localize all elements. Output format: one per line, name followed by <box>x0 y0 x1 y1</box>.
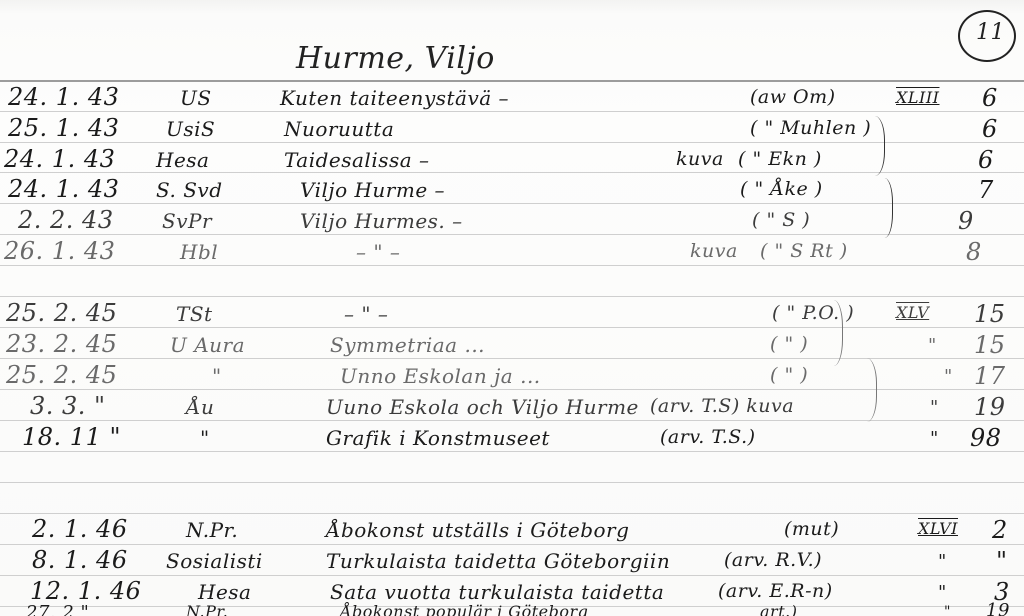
entry-volume: XLVI <box>918 521 958 537</box>
ruled-line <box>0 203 1024 204</box>
bracket-mark <box>872 178 893 238</box>
entry-title: Sata vuotta turkulaista taidetta <box>330 582 664 602</box>
entry-volume: " <box>944 605 951 616</box>
entry-volume: XLIII <box>896 90 939 106</box>
entry-note: art.) <box>760 604 797 616</box>
entry-source: Sosialisti <box>166 551 263 571</box>
ruled-line <box>0 234 1024 235</box>
entry-source: Åu <box>186 397 214 417</box>
entry-volume: XLV <box>896 305 929 321</box>
entry-page: 6 <box>982 86 998 110</box>
entry-title: Grafik i Konstmuseet <box>326 428 550 448</box>
entry-source: SvPr <box>162 211 212 231</box>
entry-date: 25. 2. 45 <box>6 363 117 387</box>
entry-note: (mut) <box>784 520 839 539</box>
entry-volume: " <box>944 368 953 386</box>
entry-source: U Aura <box>170 335 245 355</box>
entry-page: 19 <box>974 395 1006 419</box>
entry-date: 26. 1. 43 <box>4 239 115 263</box>
entry-note: (arv. E.R-n) <box>718 582 833 601</box>
entry-page: " <box>996 549 1008 573</box>
entry-page: 19 <box>986 602 1010 616</box>
ruled-line <box>0 482 1024 483</box>
ruled-line <box>0 327 1024 328</box>
entry-note: (arv. T.S.) <box>660 428 756 447</box>
ruled-line <box>0 513 1024 514</box>
entry-date: 3. 3. " <box>30 394 106 418</box>
entry-page: 17 <box>974 364 1006 388</box>
entry-page: 15 <box>974 302 1006 326</box>
entry-credit: kuva <box>690 242 738 261</box>
entry-date: 24. 1. 43 <box>8 85 119 109</box>
entry-source: Hbl <box>180 242 218 262</box>
entry-source: N.Pr. <box>186 520 238 540</box>
entry-note: (aw Om) <box>750 88 836 107</box>
entry-note: ( " Muhlen ) <box>750 119 871 138</box>
entry-date: 24. 1. 43 <box>8 177 119 201</box>
entry-volume: " <box>938 584 947 602</box>
entry-title: Turkulaista taidetta Göteborgiin <box>326 551 670 571</box>
ruled-line <box>0 451 1024 452</box>
entry-source: S. Svd <box>156 180 223 200</box>
entry-note: (arv. T.S) kuva <box>650 397 794 416</box>
entry-page: 9 <box>958 209 974 233</box>
entry-source: US <box>180 88 212 108</box>
entry-note: ( " Åke ) <box>740 180 823 199</box>
entry-source: " <box>212 366 222 386</box>
entry-date: 2. 1. 46 <box>32 517 128 541</box>
ruled-line <box>0 544 1024 545</box>
entry-source: TSt <box>176 304 213 324</box>
entry-date: 27. 2 " <box>26 604 89 616</box>
entry-title: Viljo Hurmes. – <box>300 211 463 231</box>
entry-title: Kuten taiteenystävä – <box>280 88 509 108</box>
bracket-mark <box>860 116 885 176</box>
entry-title: Symmetriaa ... <box>330 335 485 355</box>
entry-note: (arv. R.V.) <box>724 551 822 570</box>
bracket-mark <box>852 358 877 422</box>
ruled-line <box>0 265 1024 266</box>
entry-date: 18. 11 " <box>22 425 121 449</box>
entry-source: " <box>200 428 210 448</box>
entry-volume: " <box>930 430 939 448</box>
entry-date: 25. 2. 45 <box>6 301 117 325</box>
entry-title: Åbokonst utställs i Göteborg <box>326 520 629 540</box>
page-number: 11 <box>976 22 1005 44</box>
entry-source: N.Pr. <box>186 604 228 616</box>
entry-source: Hesa <box>156 150 209 170</box>
entry-date: 8. 1. 46 <box>32 548 128 572</box>
entry-title: Viljo Hurme – <box>300 180 445 200</box>
entry-source: UsiS <box>166 119 215 139</box>
entry-date: 24. 1. 43 <box>4 147 115 171</box>
entry-date: 23. 2. 45 <box>6 332 117 356</box>
ruled-line <box>0 111 1024 112</box>
entry-date: 12. 1. 46 <box>30 579 141 603</box>
entry-page: 15 <box>974 333 1006 357</box>
entry-title: – " – <box>356 242 400 262</box>
entry-volume: " <box>938 553 947 571</box>
index-card: Hurme, Viljo 11 24. 1. 43 US Kuten taite… <box>0 0 1024 616</box>
entry-title: Unno Eskolan ja ... <box>340 366 541 386</box>
entry-page: 2 <box>992 518 1008 542</box>
entry-page: 6 <box>978 148 994 172</box>
entry-title: Nuoruutta <box>284 119 394 139</box>
entry-page: 7 <box>978 178 994 202</box>
entry-note: ( " ) <box>770 335 808 354</box>
entry-date: 25. 1. 43 <box>8 116 119 140</box>
entry-volume: " <box>930 399 939 417</box>
ruled-line <box>0 296 1024 297</box>
entry-note: ( " S Rt ) <box>760 242 848 261</box>
entry-volume: " <box>928 337 937 355</box>
entry-note: ( " ) <box>770 366 808 385</box>
ruled-line <box>0 575 1024 576</box>
entry-page: 98 <box>970 426 1002 450</box>
entry-note: ( " S ) <box>752 211 810 230</box>
entry-title: Uuno Eskola och Viljo Hurme <box>326 397 639 417</box>
entry-title: Taidesalissa – <box>284 150 430 170</box>
entry-note: ( " Ekn ) <box>738 150 822 169</box>
entry-page: 8 <box>966 240 982 264</box>
ruled-line <box>0 80 1024 82</box>
entry-credit: kuva <box>676 150 724 169</box>
entry-source: Hesa <box>198 582 251 602</box>
entry-title: – " – <box>344 304 388 324</box>
entry-page: 6 <box>982 117 998 141</box>
bracket-mark <box>820 300 843 366</box>
entry-date: 2. 2. 43 <box>18 208 114 232</box>
card-header-name: Hurme, Viljo <box>296 44 495 74</box>
entry-title: Åbokonst populär i Göteborg <box>340 604 588 616</box>
